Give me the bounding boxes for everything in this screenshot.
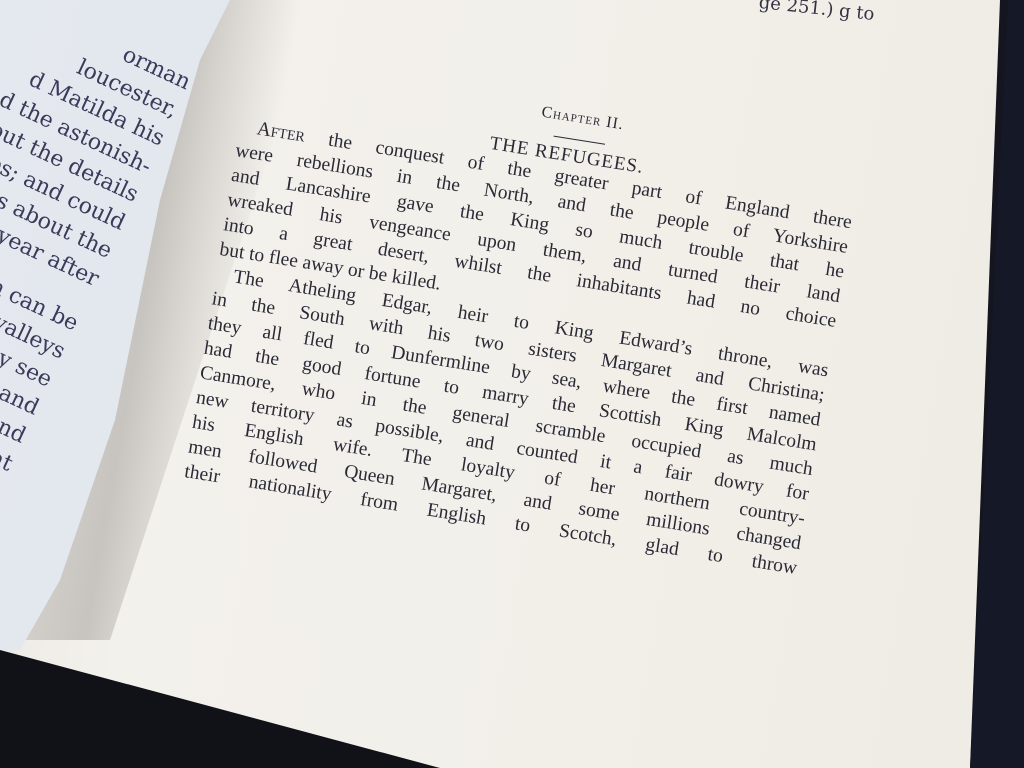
chapter-text-block: Chapter II. THE REFUGEES. After the conq… (200, 60, 860, 581)
book-photo: orman loucester, d Matilda his and the a… (0, 0, 1024, 768)
